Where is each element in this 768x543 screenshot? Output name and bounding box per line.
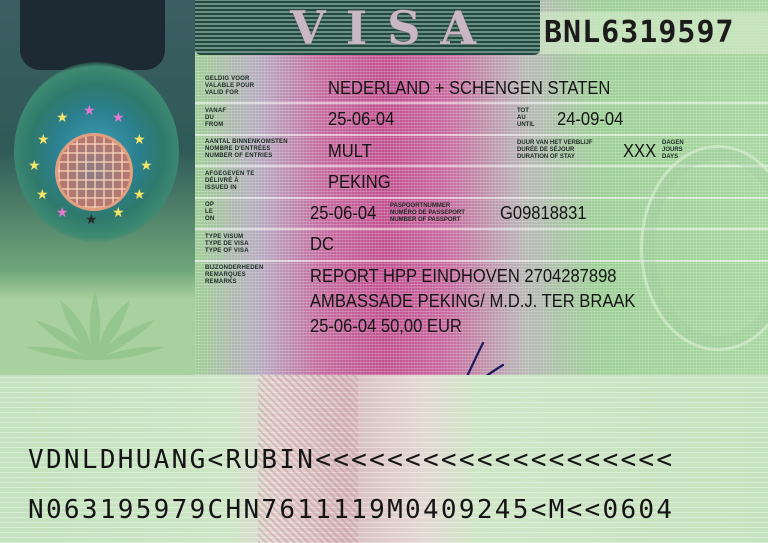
passport-number-label: Paspoortnummer Numéro de passeport Numbe… [390,203,465,224]
remarks-label: Bijzonderheden Remarques Remarks [205,265,263,286]
divider [195,134,768,136]
visa-type-value: DC [310,234,334,254]
valid-for-label: Geldig voor Valable pour Valid for [205,76,254,97]
duration-value: XXX [623,141,656,161]
from-date: 25-06-04 [328,109,394,129]
star-icon: ★ [133,187,146,201]
remarks-line: AMBASSADE PEKING/ M.D.J. TER BRAAK [310,291,635,311]
star-icon: ★ [83,103,96,117]
issued-in-value: PEKING [328,172,391,192]
visa-title: VISA [290,4,496,52]
star-icon: ★ [56,205,69,219]
mrz-line-2: N063195979CHN7611119M0409245<M<<0604 [28,495,674,525]
valid-for-value: NEDERLAND + SCHENGEN STATEN [328,78,610,98]
star-icon: ★ [133,132,146,146]
issued-on-date: 25-06-04 [310,203,376,223]
visa-type-label: Type visum Type de visa Type of visa [205,234,249,255]
remarks-line: 25-06-04 50,00 EUR [310,316,462,336]
globe-hologram-icon [55,133,133,211]
visa-number: BNL6319597 [540,12,768,54]
entries-label: Aantal binnenkomsten Nombre d'entrées Nu… [205,139,288,160]
divider [195,102,768,104]
star-icon: ★ [56,110,69,124]
star-icon: ★ [112,205,125,219]
until-label: Tot Au Until [517,108,535,129]
issued-on-label: Op Le On [205,202,214,223]
star-icon: ★ [36,187,49,201]
mrz-line-1: VDNLDHUANG<RUBIN<<<<<<<<<<<<<<<<<<<< [28,445,674,475]
duration-label: Duur van het verblijf Durée de séjour Du… [517,140,593,161]
visa-sticker: ★ ★ ★ ★ ★ ★ ★ ★ ★ ★ ★ ★ VISA BNL6319597 [0,0,768,543]
entries-value: MULT [328,141,372,161]
star-icon: ★ [140,158,153,172]
star-icon: ★ [28,158,41,172]
until-date: 24-09-04 [557,109,623,129]
security-panel: ★ ★ ★ ★ ★ ★ ★ ★ ★ ★ ★ ★ [0,0,195,375]
issued-in-label: Afgegeven te Délivré à Issued in [205,171,254,192]
star-icon: ★ [112,110,125,124]
remarks-line: REPORT HPP EINDHOVEN 2704287898 [310,266,617,286]
from-label: Vanaf Du From [205,108,226,129]
star-icon: ★ [37,132,50,146]
passport-number-value: G09818831 [500,203,587,223]
photo-area [20,0,165,70]
star-icon: ★ [85,212,98,226]
lotus-watermark-icon [20,285,170,365]
